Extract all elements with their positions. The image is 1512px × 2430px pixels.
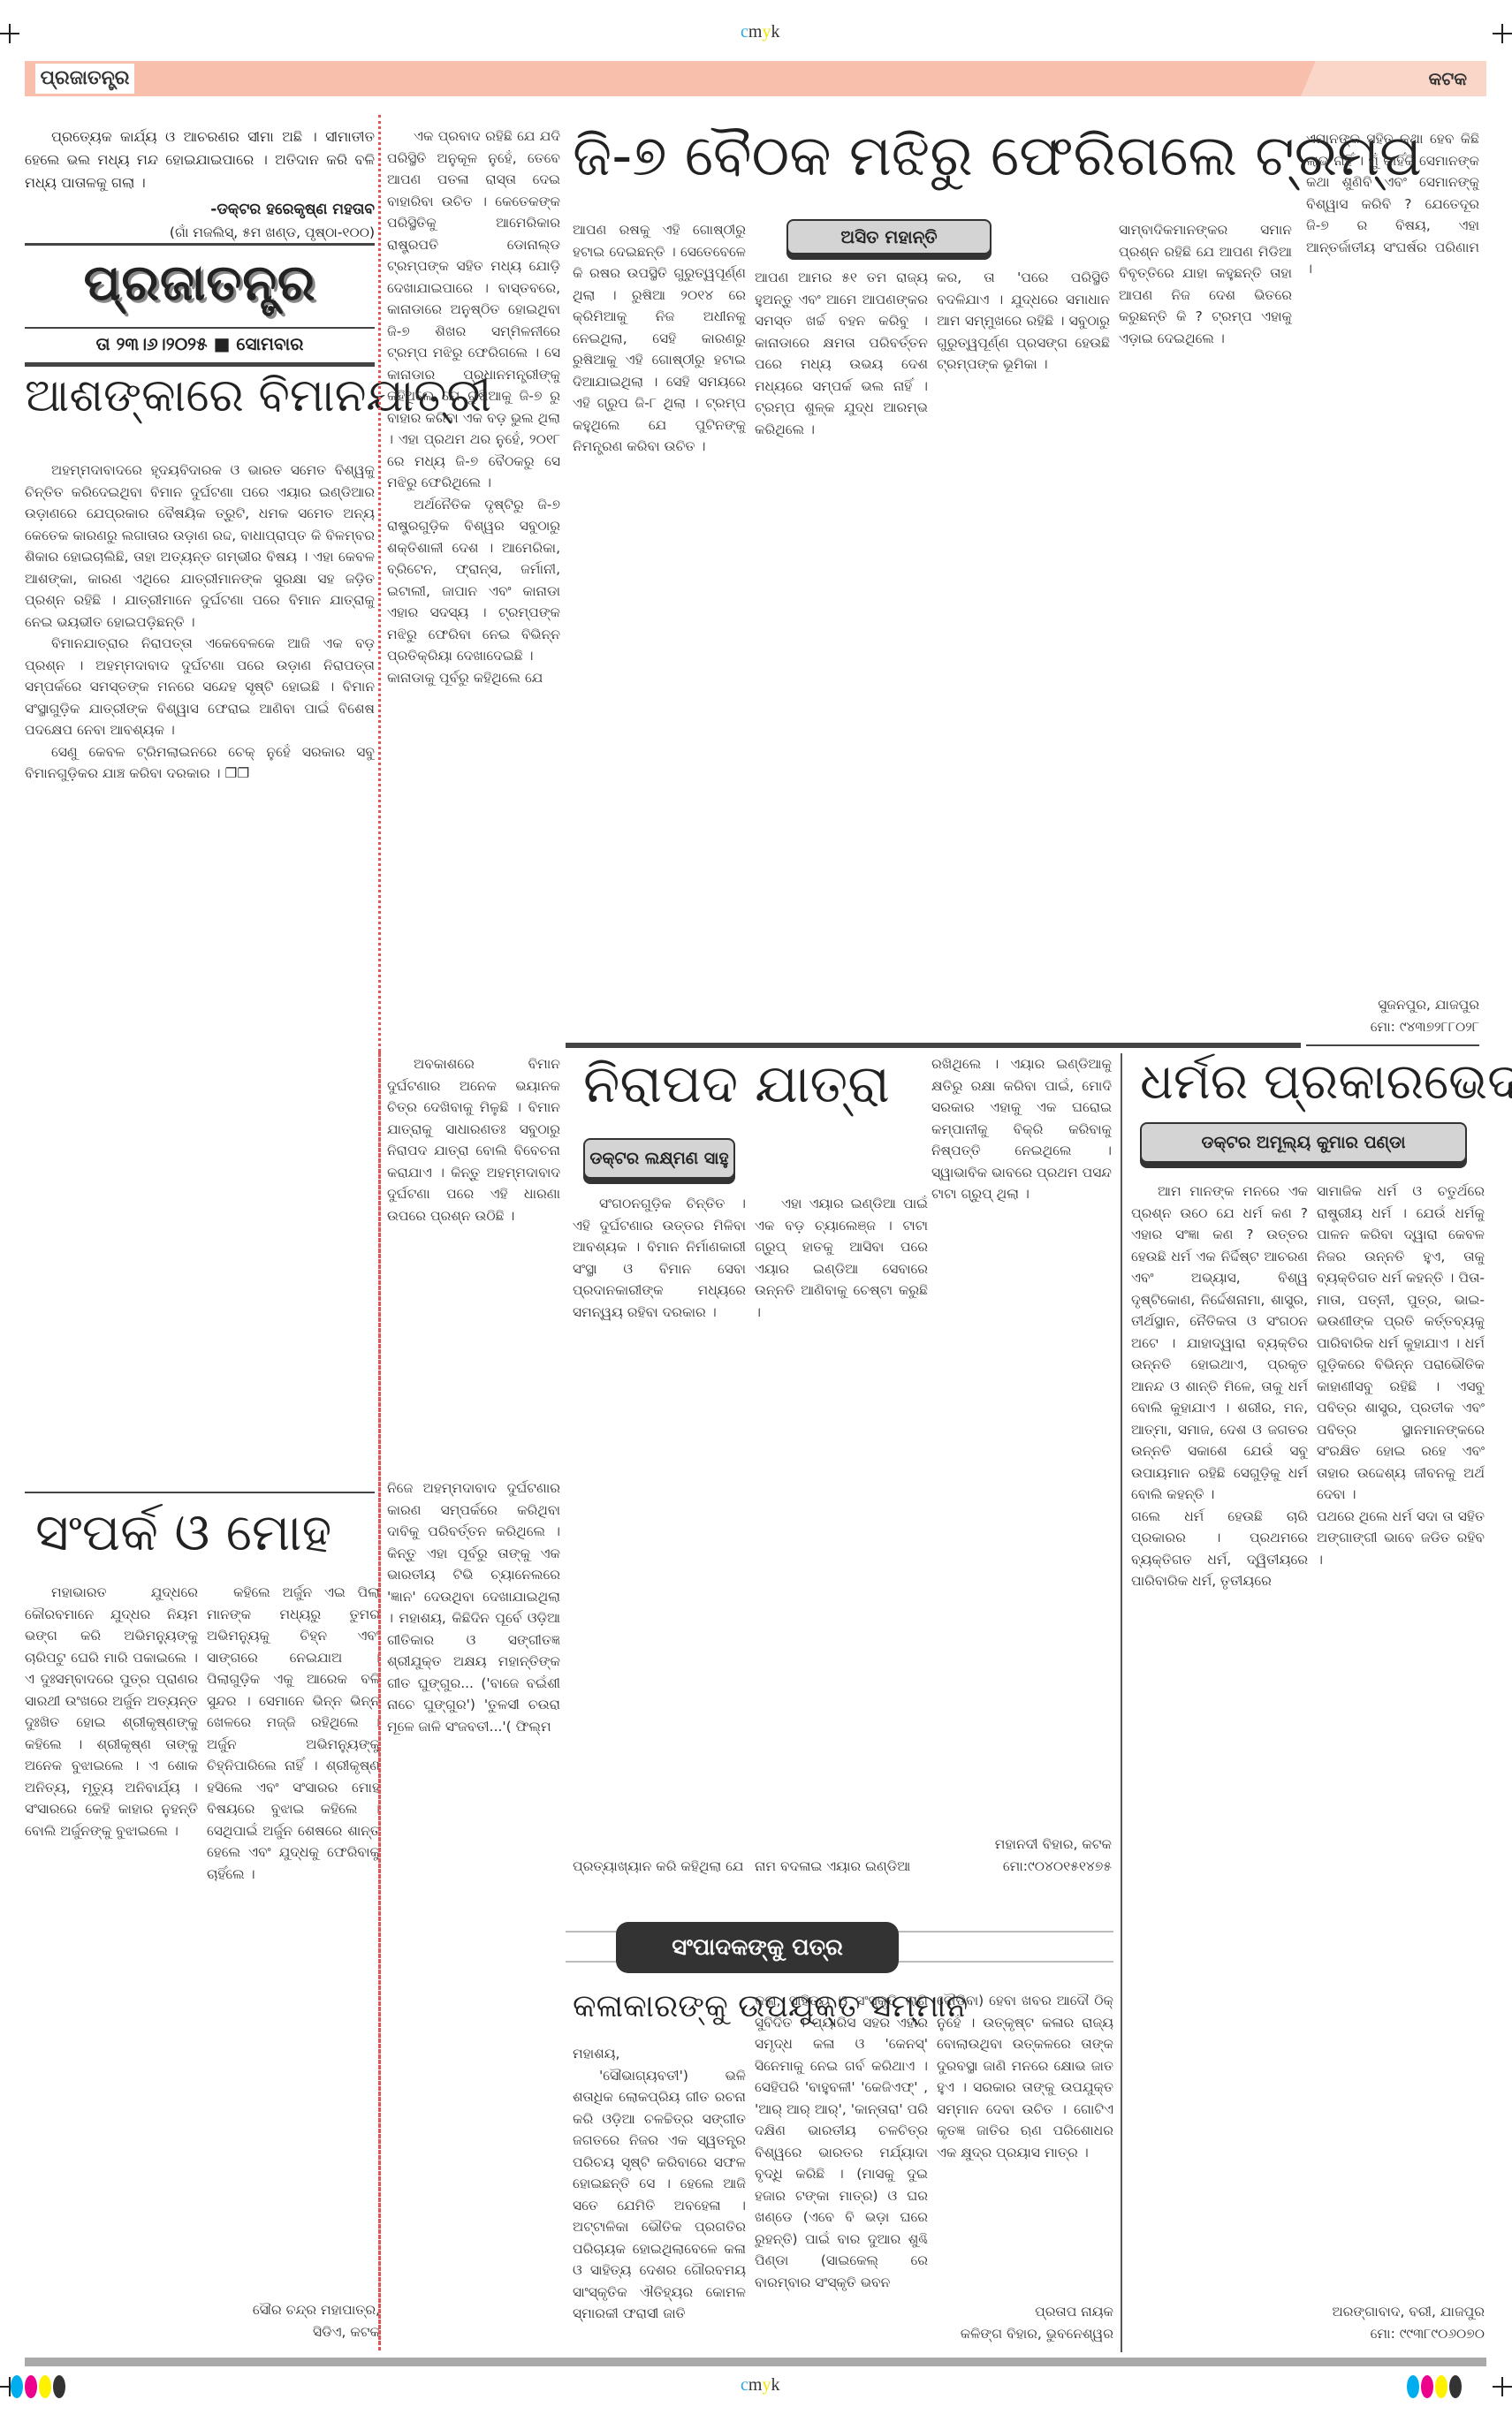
- letters-to-editor-banner: ସଂପାଦକଙ୍କୁ ପତ୍ର: [616, 1922, 899, 1973]
- samparka-headline: ସଂପର୍କ ଓ ମୋହ: [35, 1502, 331, 1563]
- divider: [25, 1492, 375, 1493]
- lead-col-4: ସାମ୍ବାଦିକମାନଙ୍କର ସମାନ ପ୍ରଶ୍ନ ରହିଛି ଯେ ଆପ…: [1119, 219, 1292, 1032]
- lead-headline: ଜି-୭ ବୈଠକ ମଝିରୁ ଫେରିଗଲେ ଟ୍ରମ୍ପ: [573, 124, 1422, 189]
- dharma-byline: ଡକ୍ଟର ଅମୂଲ୍ୟ କୁମାର ପଣ୍ଡା: [1140, 1122, 1467, 1163]
- quote-author: -ଡକ୍ଟର ହରେକୃଷ୍ଣ ମହତାବ: [25, 198, 375, 221]
- masthead-logo: ପ୍ରଜାତନ୍ତ୍ର: [25, 254, 375, 313]
- column-separator: [1121, 1053, 1122, 2352]
- quote-text: ପ୍ରତ୍ୟେକ କାର୍ଯ୍ୟ ଓ ଆଚରଣର ସୀମା ଅଛି । ସୀମା…: [25, 125, 375, 194]
- nirapada-col-3: ଏହା ଏୟାର ଇଣ୍ଡିଆ ପାଇଁ ଏକ ବଡ଼ ଚ୍ୟାଲେଞ୍ଜ । …: [755, 1193, 928, 1847]
- dharma-col-1: ଆମ ମାନଙ୍କ ମନରେ ଏକ ପ୍ରଶ୍ନ ଉଠେ ଯେ ଧର୍ମ କଣ …: [1131, 1181, 1308, 2347]
- dateline: ତା ୨୩।୬।୨୦୨୫ ■ ସୋମବାର: [25, 333, 375, 354]
- divider: [1306, 1044, 1479, 1046]
- editorial-body: ଅହମ୍ମଦାବାଦରେ ହୃଦୟବିଦାରକ ଓ ଭାରତ ସମେତ ବିଶ୍…: [25, 459, 375, 1476]
- header-logo: ପ୍ରଜାତନ୍ତ୍ର: [35, 64, 134, 94]
- lead-col-3: କର, ତା 'ପରେ ପରିସ୍ଥିତି ବଦଳିଯାଏ । ଯୁଦ୍ଧରେ …: [937, 267, 1110, 1032]
- letters-banner-lines-right: [897, 1931, 1113, 1963]
- letters-mid-col: ନିଜେ ଅହମ୍ମଦାବାଦ ଦୁର୍ଘଟଣାର କାରଣ ସମ୍ପର୍କରେ…: [387, 1477, 560, 2348]
- nirapada-byline: ଡକ୍ଟର ଲକ୍ଷ୍ମଣ ସାହୁ: [583, 1138, 735, 1179]
- lead-signature: ସୁଜନପୁର, ଯାଜପୁର ମୋ: ୯୪୩୭୨୮୮୦୨୮: [1306, 994, 1479, 1040]
- nirapada-end-mid: ନାମ ବଦଳାଇ ଏୟାର ଇଣ୍ଡିଆ: [755, 1856, 928, 1879]
- lead-continuation-col: ଏକ ପ୍ରବାଦ ରହିଛି ଯେ ଯଦି ପରିସ୍ଥିତି ଅନୁକୂଳ …: [387, 125, 560, 1036]
- lead-col-1: ଆପଣ ରଷକୁ ଏହି ଗୋଷ୍ଠୀରୁ ହଟାଇ ଦେଇଛନ୍ତି । ସେ…: [573, 219, 746, 1032]
- nirapada-col-2: ସଂଗଠନଗୁଡ଼ିକ ଚିନ୍ତିତ । ଏହି ଦୁର୍ଘଟଣାର ଉତ୍ତ…: [573, 1193, 746, 1847]
- yellow-dot: [1435, 2375, 1447, 2398]
- column-separator: [378, 1052, 381, 2350]
- end-mark: ❐❐: [224, 765, 249, 781]
- letter-col-2: କଳା, ସାହିତ୍ୟ ଓ ସଂସ୍କୃତି ଲାଗି ସୁବିଦିତ । ପ…: [755, 1990, 928, 2348]
- magenta-dot: [1421, 2375, 1433, 2398]
- section-divider: [566, 1043, 1301, 1048]
- letters-banner-lines-left: [566, 1931, 619, 1963]
- page-footer-bar: [25, 2358, 1486, 2366]
- dharma-headline: ଧର୍ମର ପ୍ରକାରଭେଦ: [1140, 1053, 1512, 1112]
- nirapada-col-4: ରଖିଥିଲେ । ଏୟାର ଇଣ୍ଡିଆକୁ କ୍ଷତିରୁ ରକ୍ଷା କର…: [931, 1053, 1112, 1822]
- quote-of-the-day: ପ୍ରତ୍ୟେକ କାର୍ଯ୍ୟ ଓ ଆଚରଣର ସୀମା ଅଛି । ସୀମା…: [25, 125, 375, 244]
- registration-mark-bottom-right: [1493, 2377, 1512, 2396]
- dharma-col-2: ସାମାଜିକ ଧର୍ମ ଓ ଚତୁର୍ଥରେ ରାଷ୍ଟ୍ରୀୟ ଧର୍ମ ।…: [1317, 1181, 1485, 2294]
- black-dot: [53, 2375, 65, 2398]
- editorial-paragraph: ବିମାନଯାତ୍ରାର ନିରାପତ୍ତା ଏକେବେଳକେ ଆଜି ଏକ ବ…: [25, 633, 375, 741]
- samparka-col-1: ମହାଭାରତ ଯୁଦ୍ଧରେ କୌରବମାନେ ଯୁଦ୍ଧର ନିୟମ ଭଙ୍…: [25, 1582, 198, 2342]
- lead-col-5: ଏମାନଙ୍କ ସହିତ କଥା ହେବ କିଛି ଲାଭ ନାହିଁ । ମୁ…: [1306, 128, 1479, 976]
- registration-mark-top-right: [1493, 24, 1512, 43]
- letter-signature: ପ୍ରତାପ ନାୟକ କଳିଙ୍ଗ ବିହାର, ଭୁବନେଶ୍ୱର: [937, 2301, 1113, 2347]
- dharma-signature: ଅରଙ୍ଗାବାଦ, ବରୀ, ଯାଜପୁର ମୋ: ୯୯୩୮୯୦୬୦୭୦: [1317, 2301, 1485, 2347]
- samparka-signature: ସୌର ଚନ୍ଦ୍ର ମହାପାତ୍ର, ସିଡିଏ, କଟକ: [207, 2299, 380, 2345]
- registration-mark-top-left: [0, 24, 19, 43]
- divider: [25, 362, 375, 367]
- nirapada-end-left: ପ୍ରତ୍ୟାଖ୍ୟାନ କରି କହିଥିଲା ଯେ: [573, 1856, 746, 1879]
- yellow-dot: [39, 2375, 51, 2398]
- cyan-dot: [1407, 2375, 1419, 2398]
- letter-col-1: ମହାଶୟ, 'ସୌଭାଗ୍ୟବତୀ') ଭଳି ଶତାଧିକ ଲୋକପ୍ରିୟ…: [573, 2043, 746, 2348]
- nirapada-signature: ମହାନଦୀ ବିହାର, କଟକ ମୋ:୯୦୪୦୧୫୧୪୭୫: [931, 1834, 1112, 1879]
- divider: [25, 327, 375, 329]
- cmyk-label-bottom: cmyk: [741, 2375, 779, 2396]
- page-header-bar: ପ୍ରଜାତନ୍ତ୍ର କଟକ: [25, 61, 1486, 96]
- cmyk-label-top: cmyk: [741, 22, 779, 42]
- samparka-col-2: କହିଲେ ଅର୍ଜୁନ ଏଇ ପିଲା ମାନଙ୍କ ମଧ୍ୟରୁ ତୁମର …: [207, 1582, 380, 2289]
- lead-col-2: ଆପଣ ଆମର ୫୧ ତମ ରାଜ୍ୟ ହୁଅନ୍ତୁ ଏବଂ ଆମେ ଆପଣଙ…: [755, 267, 928, 1032]
- nirapada-headline: ନିରାପଦ ଯାତ୍ରା: [583, 1053, 890, 1115]
- lead-byline: ଅସିତ ମହାନ୍ତି: [786, 219, 992, 254]
- edition-city: କଟକ: [1429, 68, 1467, 89]
- magenta-dot: [25, 2375, 37, 2398]
- black-dot: [1449, 2375, 1462, 2398]
- cyan-dot: [11, 2375, 23, 2398]
- letter-col-3: ଦୌଡ଼ିବା) ହେବା ଖବର ଆଦୌ ଠିକ୍ ନୁହେଁ । ଉତ୍କୃ…: [937, 1990, 1113, 2299]
- editorial-paragraph: ଅହମ୍ମଦାବାଦରେ ହୃଦୟବିଦାରକ ଓ ଭାରତ ସମେତ ବିଶ୍…: [25, 459, 375, 633]
- editorial-paragraph: ସେଣୁ କେବଳ ଟ୍ରିମଲାଇନରେ ଚେକ୍ ନୁହେଁ ସରକାର ସ…: [25, 741, 375, 785]
- nirapada-col-1: ଅବକାଶରେ ବିମାନ ଦୁର୍ଘଟଣାର ଅନେକ ଭୟାନକ ଚିତ୍ର…: [387, 1053, 560, 1469]
- divider: [25, 243, 375, 246]
- quote-source: (ଗାଁ ମଜଲିସ୍, ୫ମ ଖଣ୍ଡ, ପୃଷ୍ଠା-୧୦୦): [25, 221, 375, 244]
